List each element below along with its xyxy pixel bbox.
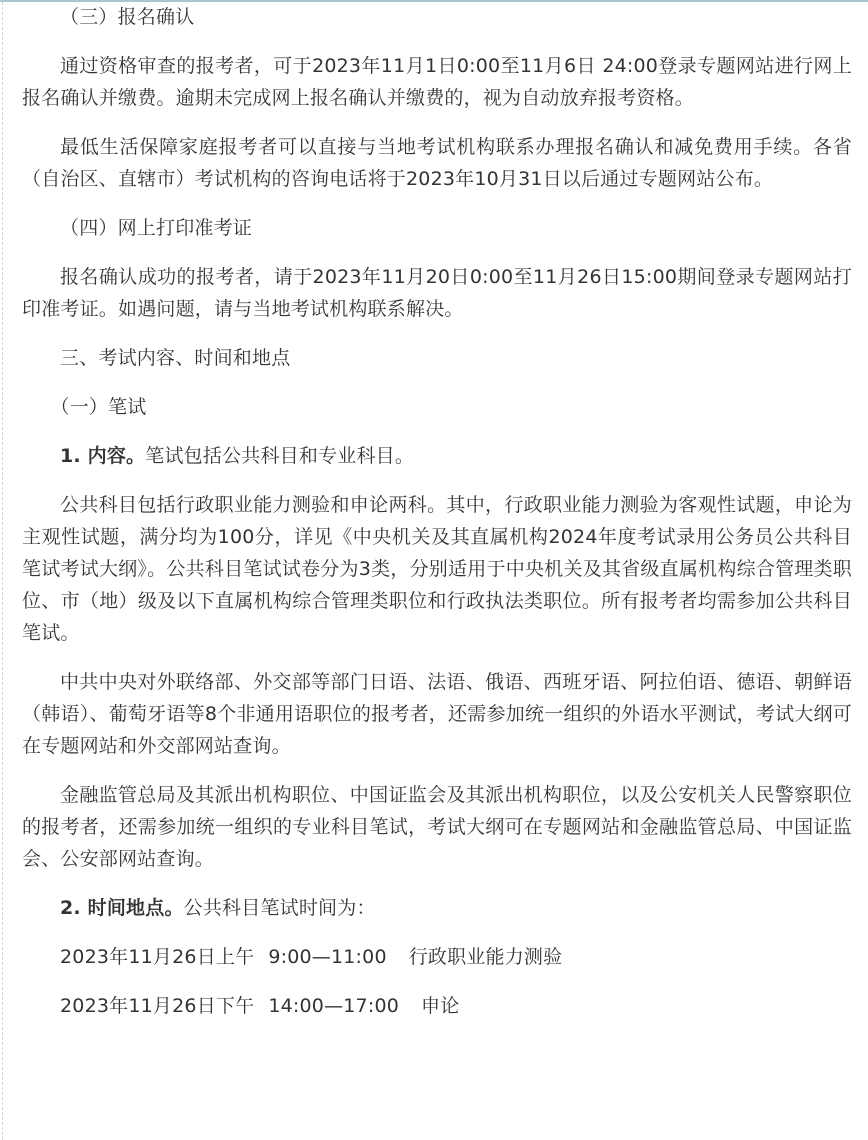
paragraph-low-income: 最低生活保障家庭报考者可以直接与当地考试机构联系办理报名确认和减免费用手续。各省… — [22, 131, 852, 195]
schedule-subject: 申论 — [421, 995, 459, 1017]
content-text: 笔试包括公共科目和专业科目。 — [145, 445, 414, 467]
section-heading-print-admission: （四）网上打印准考证 — [22, 212, 852, 244]
paragraph-finance-police: 金融监管总局及其派出机构职位、中国证监会及其派出机构职位，以及公安机关人民警察职… — [22, 779, 852, 875]
section-heading-written-exam: （一）笔试 — [22, 391, 852, 423]
schedule-date: 2023年11月26日下午 — [60, 995, 254, 1017]
article-body: （三）报名确认 通过资格审查的报考者，可于2023年11月1日0:00至11月6… — [22, 0, 852, 1022]
content-label: 1. 内容。 — [60, 445, 145, 467]
content-line: 1. 内容。笔试包括公共科目和专业科目。 — [22, 440, 852, 472]
schedule-time: 14:00—17:00 — [268, 995, 399, 1017]
schedule-time: 9:00—11:00 — [268, 946, 386, 968]
left-border — [2, 2, 3, 1140]
schedule-subject: 行政职业能力测验 — [409, 946, 563, 968]
section-heading-registration-confirm: （三）报名确认 — [22, 1, 852, 33]
paragraph-registration-confirm: 通过资格审查的报考者，可于2023年11月1日0:00至11月6日 24:00登… — [22, 50, 852, 114]
time-place-label: 2. 时间地点。 — [60, 897, 184, 919]
paragraph-foreign-language: 中共中央对外联络部、外交部等部门日语、法语、俄语、西班牙语、阿拉伯语、德语、朝鲜… — [22, 666, 852, 762]
time-place-text: 公共科目笔试时间为： — [184, 897, 376, 919]
paragraph-print-admission: 报名确认成功的报考者，请于2023年11月20日0:00至11月26日15:00… — [22, 261, 852, 325]
time-place-line: 2. 时间地点。公共科目笔试时间为： — [22, 892, 852, 924]
schedule-date: 2023年11月26日上午 — [60, 946, 254, 968]
paragraph-public-subjects: 公共科目包括行政职业能力测验和申论两科。其中，行政职业能力测验为客观性试题，申论… — [22, 489, 852, 649]
schedule-row: 2023年11月26日上午9:00—11:00行政职业能力测验 — [22, 941, 852, 973]
part-heading-exam: 三、考试内容、时间和地点 — [22, 342, 852, 374]
schedule-row: 2023年11月26日下午14:00—17:00申论 — [22, 990, 852, 1022]
